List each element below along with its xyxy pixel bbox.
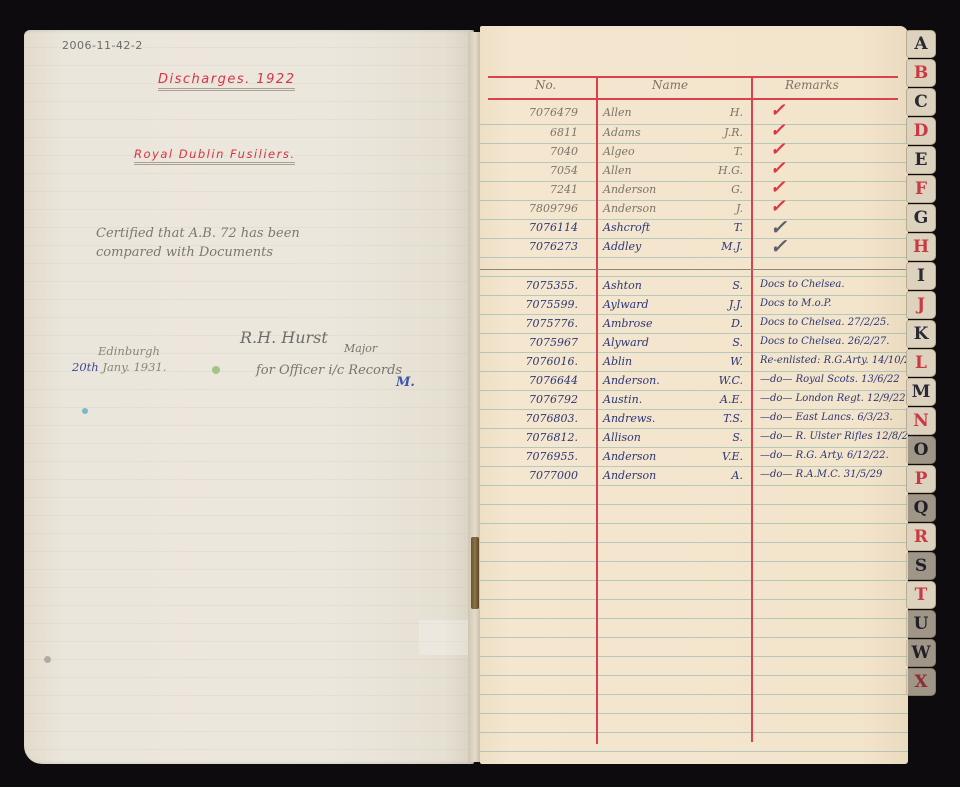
entry-row: 7076273 Addley M.J. ✓ — [480, 240, 908, 258]
certification-line-1: Certified that A.B. 72 has been — [96, 224, 416, 243]
discharge-row: 7076016. Ablin W. Re-enlisted: R.G.Arty.… — [480, 355, 908, 373]
index-tab-h[interactable]: H — [906, 233, 936, 261]
ink-spot-green — [212, 366, 220, 374]
date-rest: Jany. 1931. — [102, 360, 166, 374]
entry-row: 7809796 Anderson J. ✓ — [480, 202, 908, 220]
index-tab-f[interactable]: F — [906, 175, 936, 203]
index-tab-l[interactable]: L — [906, 349, 936, 377]
certification-line-2: compared with Documents — [96, 243, 416, 262]
regiment-title: Royal Dublin Fusiliers. — [134, 147, 295, 165]
place: Edinburgh — [72, 343, 166, 359]
index-tab-a[interactable]: A — [906, 30, 936, 58]
index-tab-q[interactable]: Q — [906, 494, 936, 522]
section-divider — [480, 269, 908, 270]
discharge-row: 7076955. Anderson V.E. —do— R.G. Arty. 6… — [480, 450, 908, 468]
discharge-row: 7076792 Austin. A.E. —do— London Regt. 1… — [480, 393, 908, 411]
signature: R.H. Hurst — [240, 328, 328, 347]
index-tab-j[interactable]: J — [906, 291, 936, 319]
check-mark-icon: ✓ — [770, 234, 787, 258]
check-mark-icon: ✓ — [770, 100, 785, 121]
index-tab-n[interactable]: N — [906, 407, 936, 435]
check-mark-icon: ✓ — [770, 120, 785, 141]
page-title: Discharges. 1922 — [158, 72, 295, 91]
index-tab-e[interactable]: E — [906, 146, 936, 174]
index-tab-b[interactable]: B — [906, 59, 936, 87]
discharge-row: 7077000 Anderson A. —do— R.A.M.C. 31/5/2… — [480, 469, 908, 487]
discharge-row: 7075776. Ambrose D. Docs to Chelsea. 27/… — [480, 317, 908, 335]
index-tab-x[interactable]: X — [906, 668, 936, 696]
index-tab-u[interactable]: U — [906, 610, 936, 638]
signature-rank: Major — [344, 342, 377, 355]
initials-blue: M. — [396, 375, 415, 390]
ink-spot-grey — [44, 656, 51, 663]
certification-text: Certified that A.B. 72 has been compared… — [96, 224, 416, 262]
index-tab-c[interactable]: C — [906, 88, 936, 116]
index-tab-w[interactable]: W — [906, 639, 936, 667]
index-tab-g[interactable]: G — [906, 204, 936, 232]
ink-spot-blue — [82, 408, 88, 414]
entry-row: 7076114 Ashcroft T. ✓ — [480, 221, 908, 239]
check-mark-icon: ✓ — [770, 177, 785, 198]
signature-for: for Officer i/c Records — [256, 363, 402, 378]
index-tab-m[interactable]: M — [906, 378, 936, 406]
entry-row: 7054 Allen H.G. ✓ — [480, 164, 908, 182]
check-mark-icon: ✓ — [770, 196, 785, 217]
date-day: 20th — [72, 360, 99, 374]
left-page: 2006-11-42-2 Discharges. 1922 Royal Dubl… — [24, 30, 474, 764]
check-mark-icon: ✓ — [770, 158, 785, 179]
right-page: No. Name Remarks 7076479 Allen H. ✓ 6811… — [480, 26, 908, 764]
header-number: No. — [535, 78, 556, 92]
index-tab-p[interactable]: P — [906, 465, 936, 493]
index-tab-d[interactable]: D — [906, 117, 936, 145]
index-tab-o[interactable]: O — [906, 436, 936, 464]
entry-row: 7241 Anderson G. ✓ — [480, 183, 908, 201]
reference-id: 2006-11-42-2 — [62, 39, 143, 52]
spine-binding-tear — [471, 537, 479, 609]
place-date: Edinburgh 20th Jany. 1931. — [72, 343, 166, 375]
discharge-row: 7076644 Anderson. W.C. —do— Royal Scots.… — [480, 374, 908, 392]
index-tab-s[interactable]: S — [906, 552, 936, 580]
header-name: Name — [652, 78, 688, 92]
entry-row: 6811 Adams J.R. ✓ — [480, 126, 908, 144]
discharge-row: 7076803. Andrews. T.S. —do— East Lancs. … — [480, 412, 908, 430]
index-tab-t[interactable]: T — [906, 581, 936, 609]
check-mark-icon: ✓ — [770, 139, 785, 160]
discharge-row: 7075967 Alyward S. Docs to Chelsea. 26/2… — [480, 336, 908, 354]
header-bottom-rule — [488, 98, 898, 100]
discharge-row: 7075599. Aylward J.J. Docs to M.o.P. — [480, 298, 908, 316]
entry-row: 7076479 Allen H. ✓ — [480, 106, 908, 124]
index-tab-i[interactable]: I — [906, 262, 936, 290]
index-tab-k[interactable]: K — [906, 320, 936, 348]
discharge-row: 7075355. Ashton S. Docs to Chelsea. — [480, 279, 908, 297]
discharge-row: 7076812. Allison S. —do— R. Ulster Rifle… — [480, 431, 908, 449]
index-tab-r[interactable]: R — [906, 523, 936, 551]
header-remarks: Remarks — [785, 78, 839, 92]
alphabet-index-tabs: A B C D E F G H I J K L M N O P Q R S T … — [906, 30, 938, 697]
entry-row: 7040 Algeo T. ✓ — [480, 145, 908, 163]
faint-ruling — [24, 30, 474, 764]
